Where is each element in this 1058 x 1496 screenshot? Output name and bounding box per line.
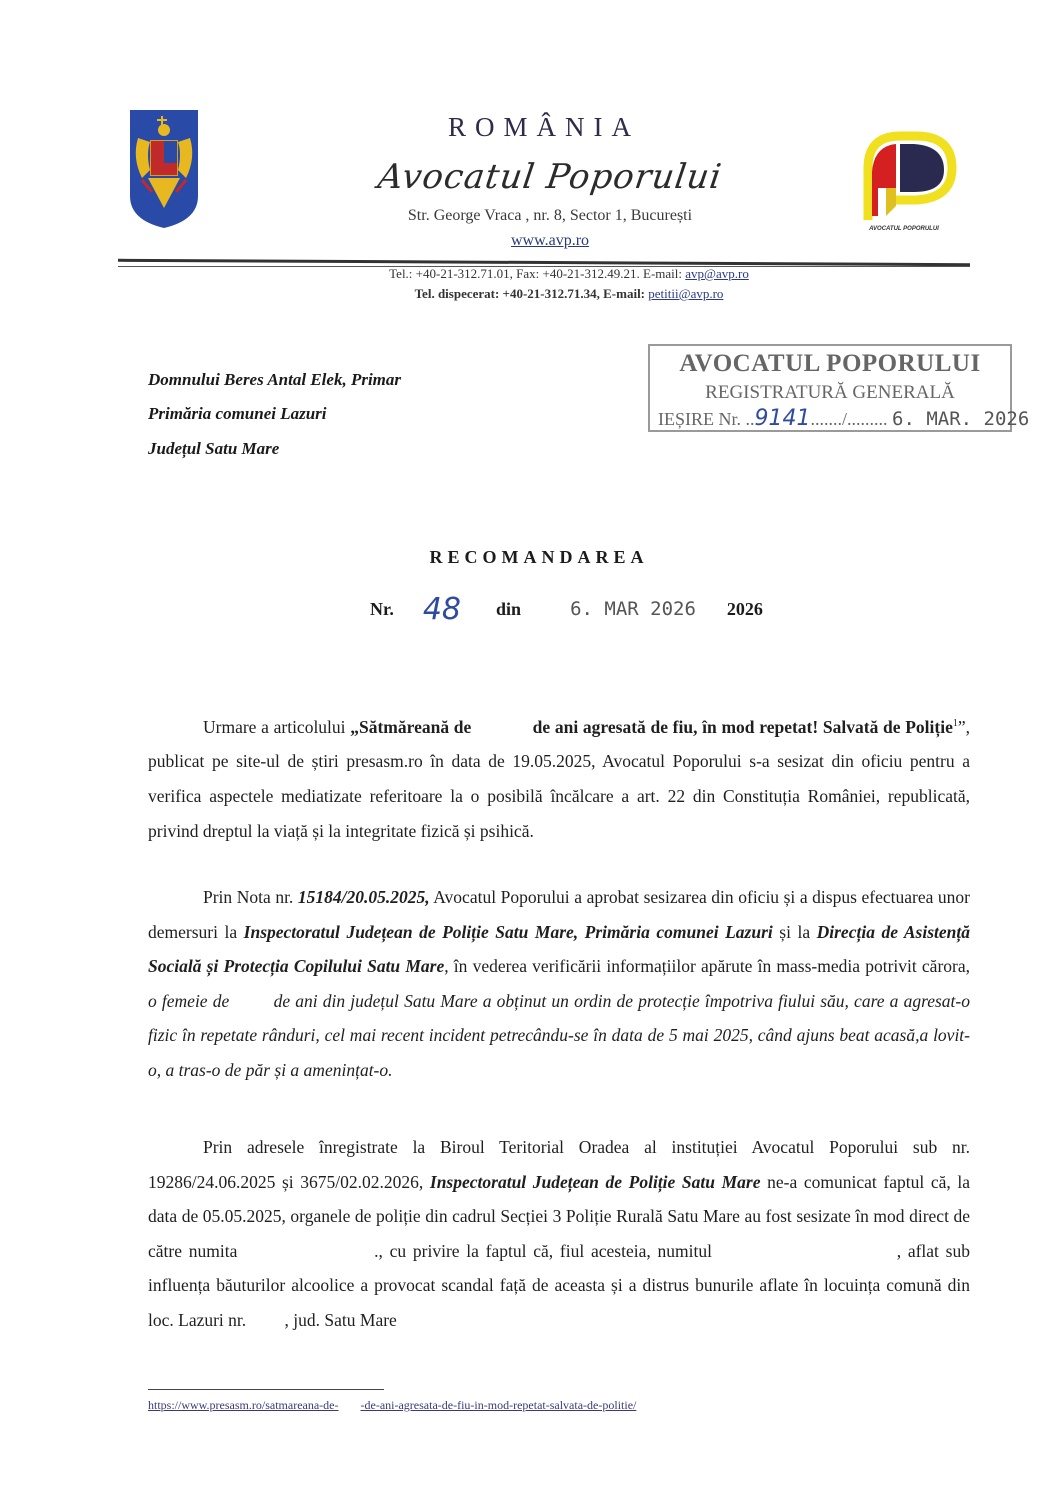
footnote-url-part2: -de-ani-agresata-de-fiu-in-mod-repetat-s… — [361, 1398, 637, 1412]
media-quote-part2: de ani din județul Satu Mare a obținut u… — [148, 991, 970, 1080]
stamp-exit-line: IEȘIRE Nr. ..9141......./......... 6. MA… — [658, 406, 1029, 431]
media-quote-part1: o femeie de — [148, 991, 234, 1011]
institutions-list: Inspectoratul Județean de Poliție Satu M… — [244, 922, 773, 942]
contact-phone-fax: Tel.: +40-21-312.71.01, Fax: +40-21-312.… — [389, 266, 685, 281]
institution-address: Str. George Vraca , nr. 8, Sector 1, Buc… — [360, 207, 740, 225]
document-date-stamp: 6. MAR 2026 — [570, 598, 696, 620]
addressee-institution: Primăria comunei Lazuri — [148, 404, 327, 424]
ipj-name: Inspectoratul Județean de Poliție Satu M… — [430, 1172, 761, 1192]
stamp-handwritten-number: 9141 — [755, 406, 811, 431]
article-title-part2: de ani agresată de fiu, în mod repetat! … — [528, 717, 953, 737]
registry-stamp: AVOCATUL POPORULUI REGISTRATURĂ GENERALĂ… — [648, 344, 1012, 432]
p1-text: Urmare a articolului — [203, 717, 350, 737]
contact-line-2: Tel. dispecerat: +40-21-312.71.34, E-mai… — [0, 286, 1058, 302]
footnote-url-part1: https://www.presasm.ro/satmareana-de- — [148, 1398, 339, 1412]
stamp-exit-label: IEȘIRE Nr. .. — [658, 409, 755, 429]
paragraph-3: Prin adresele înregistrate la Biroul Ter… — [148, 1130, 970, 1338]
article-title-part1: „Sătmăreană de — [350, 717, 476, 737]
stamp-separator: ......./......... — [811, 409, 888, 429]
din-label: din — [496, 599, 521, 619]
stamp-subtitle: REGISTRATURĂ GENERALĂ — [650, 382, 1010, 404]
paragraph-2: Prin Nota nr. 15184/20.05.2025, Avocatul… — [148, 880, 970, 1088]
paragraph-1: Urmare a articolului „Sătmăreană de de a… — [148, 707, 970, 848]
document-number-row: Nr. 48 din 6. MAR 2026 2026 — [370, 588, 730, 623]
footnote-divider — [148, 1389, 384, 1390]
nr-label: Nr. — [370, 599, 394, 619]
stamp-date: 6. MAR. 2026 — [892, 408, 1029, 430]
contact-dispatch: Tel. dispecerat: +40-21-312.71.34, E-mai… — [415, 286, 649, 301]
avocatul-poporului-logo-icon: AVOCATUL POPORULUI — [848, 128, 960, 234]
logo-caption: AVOCATUL POPORULUI — [868, 226, 939, 232]
p2-text-4: , în vederea verificării informațiilor a… — [444, 956, 970, 976]
note-number: 15184/20.05.2025, — [298, 887, 430, 907]
document-title: RECOMANDAREA — [0, 547, 1058, 568]
addressee-county: Județul Satu Mare — [148, 439, 279, 459]
document-year: 2026 — [727, 599, 763, 619]
handwritten-document-number: 48 — [423, 592, 461, 627]
stamp-title: AVOCATUL POPORULUI — [650, 350, 1010, 378]
p2-text-3: și la — [773, 922, 817, 942]
footnote-link[interactable]: https://www.presasm.ro/satmareana-de--de… — [148, 1398, 636, 1413]
website-link-container: www.avp.ro — [360, 232, 740, 250]
email-link-petitii[interactable]: petitii@avp.ro — [648, 286, 723, 301]
p2-text: Prin Nota nr. — [203, 887, 298, 907]
contact-line-1: Tel.: +40-21-312.71.01, Fax: +40-21-312.… — [0, 266, 1058, 282]
p3-text-3: ., cu privire la faptul că, fiul acestei… — [374, 1241, 719, 1261]
p3-text-5: , jud. Satu Mare — [285, 1310, 397, 1330]
email-link-avp[interactable]: avp@avp.ro — [685, 266, 749, 281]
addressee-name: Domnului Beres Antal Elek, Primar — [148, 370, 401, 390]
institution-name: Avocatul Poporului — [367, 157, 733, 197]
website-link[interactable]: www.avp.ro — [511, 232, 589, 249]
